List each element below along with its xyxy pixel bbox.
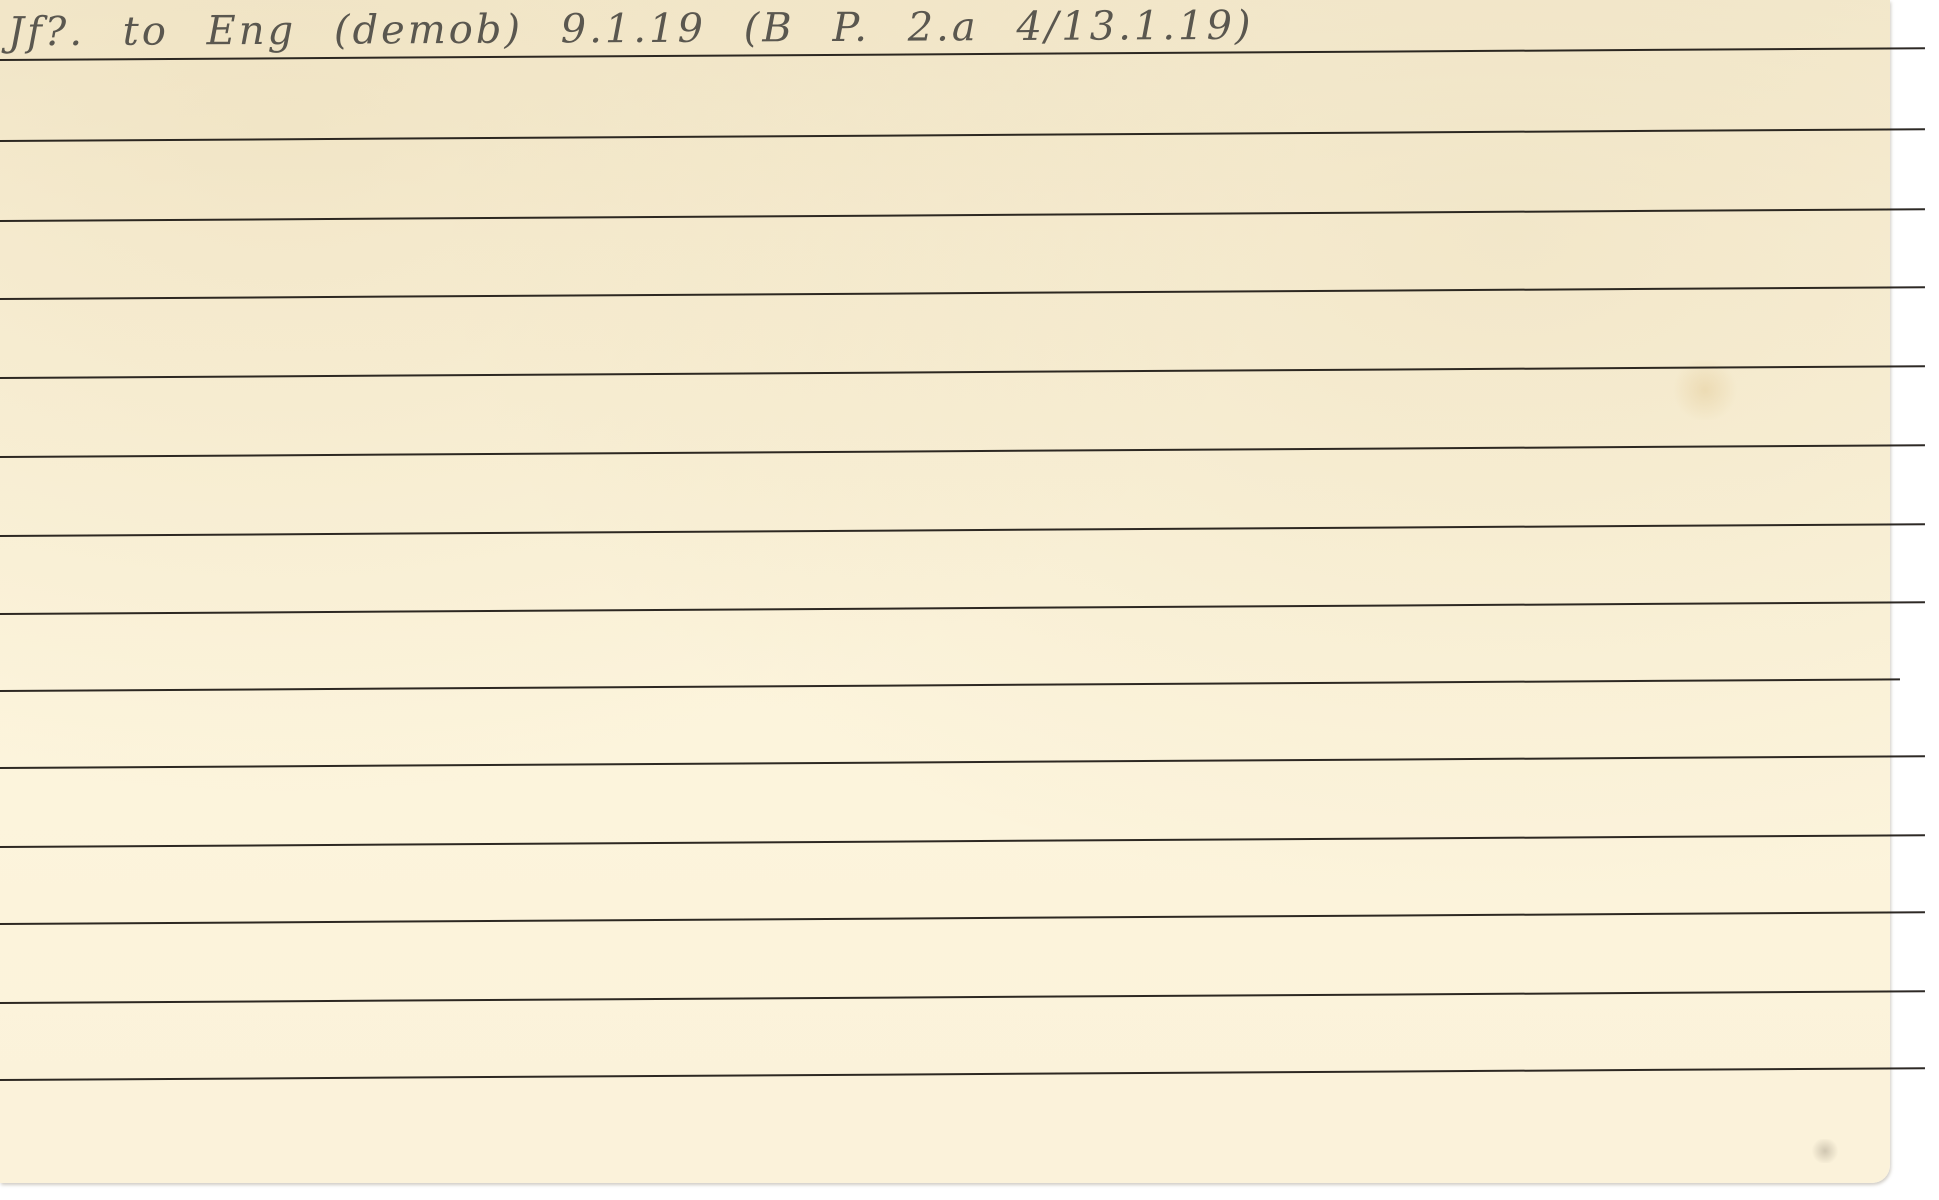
ruled-line (0, 128, 1925, 142)
ruled-line (0, 834, 1925, 848)
ruled-line (0, 523, 1925, 537)
ruled-line (0, 755, 1925, 769)
entry-part: Eng (206, 8, 296, 54)
entry-part: (demob) (334, 7, 523, 54)
index-card: Jf?. to Eng (demob) 9.1.19 (B P. 2.a 4/1… (0, 0, 1890, 1183)
ruled-line (0, 444, 1925, 458)
ruled-line (0, 601, 1925, 615)
ruled-line (0, 911, 1925, 925)
corner-wear (1810, 1139, 1840, 1163)
ruled-line (0, 208, 1925, 222)
handwritten-entry: Jf?. to Eng (demob) 9.1.19 (B P. 2.a 4/1… (8, 3, 1276, 56)
ruled-line (0, 678, 1900, 692)
entry-part: Jf?. (8, 9, 85, 55)
entry-part: 4/13.1.19) (1016, 3, 1253, 50)
entry-part: to (123, 8, 169, 54)
ruled-line (0, 286, 1925, 300)
paper-stain (1670, 360, 1740, 420)
entry-part: P. (832, 5, 870, 51)
ruled-line (0, 1067, 1925, 1081)
ruled-line (0, 365, 1925, 379)
entry-part: 9.1.19 (561, 6, 706, 53)
entry-part: 2.a (908, 4, 979, 50)
entry-part: (B (744, 5, 795, 51)
ruled-line (0, 990, 1925, 1004)
